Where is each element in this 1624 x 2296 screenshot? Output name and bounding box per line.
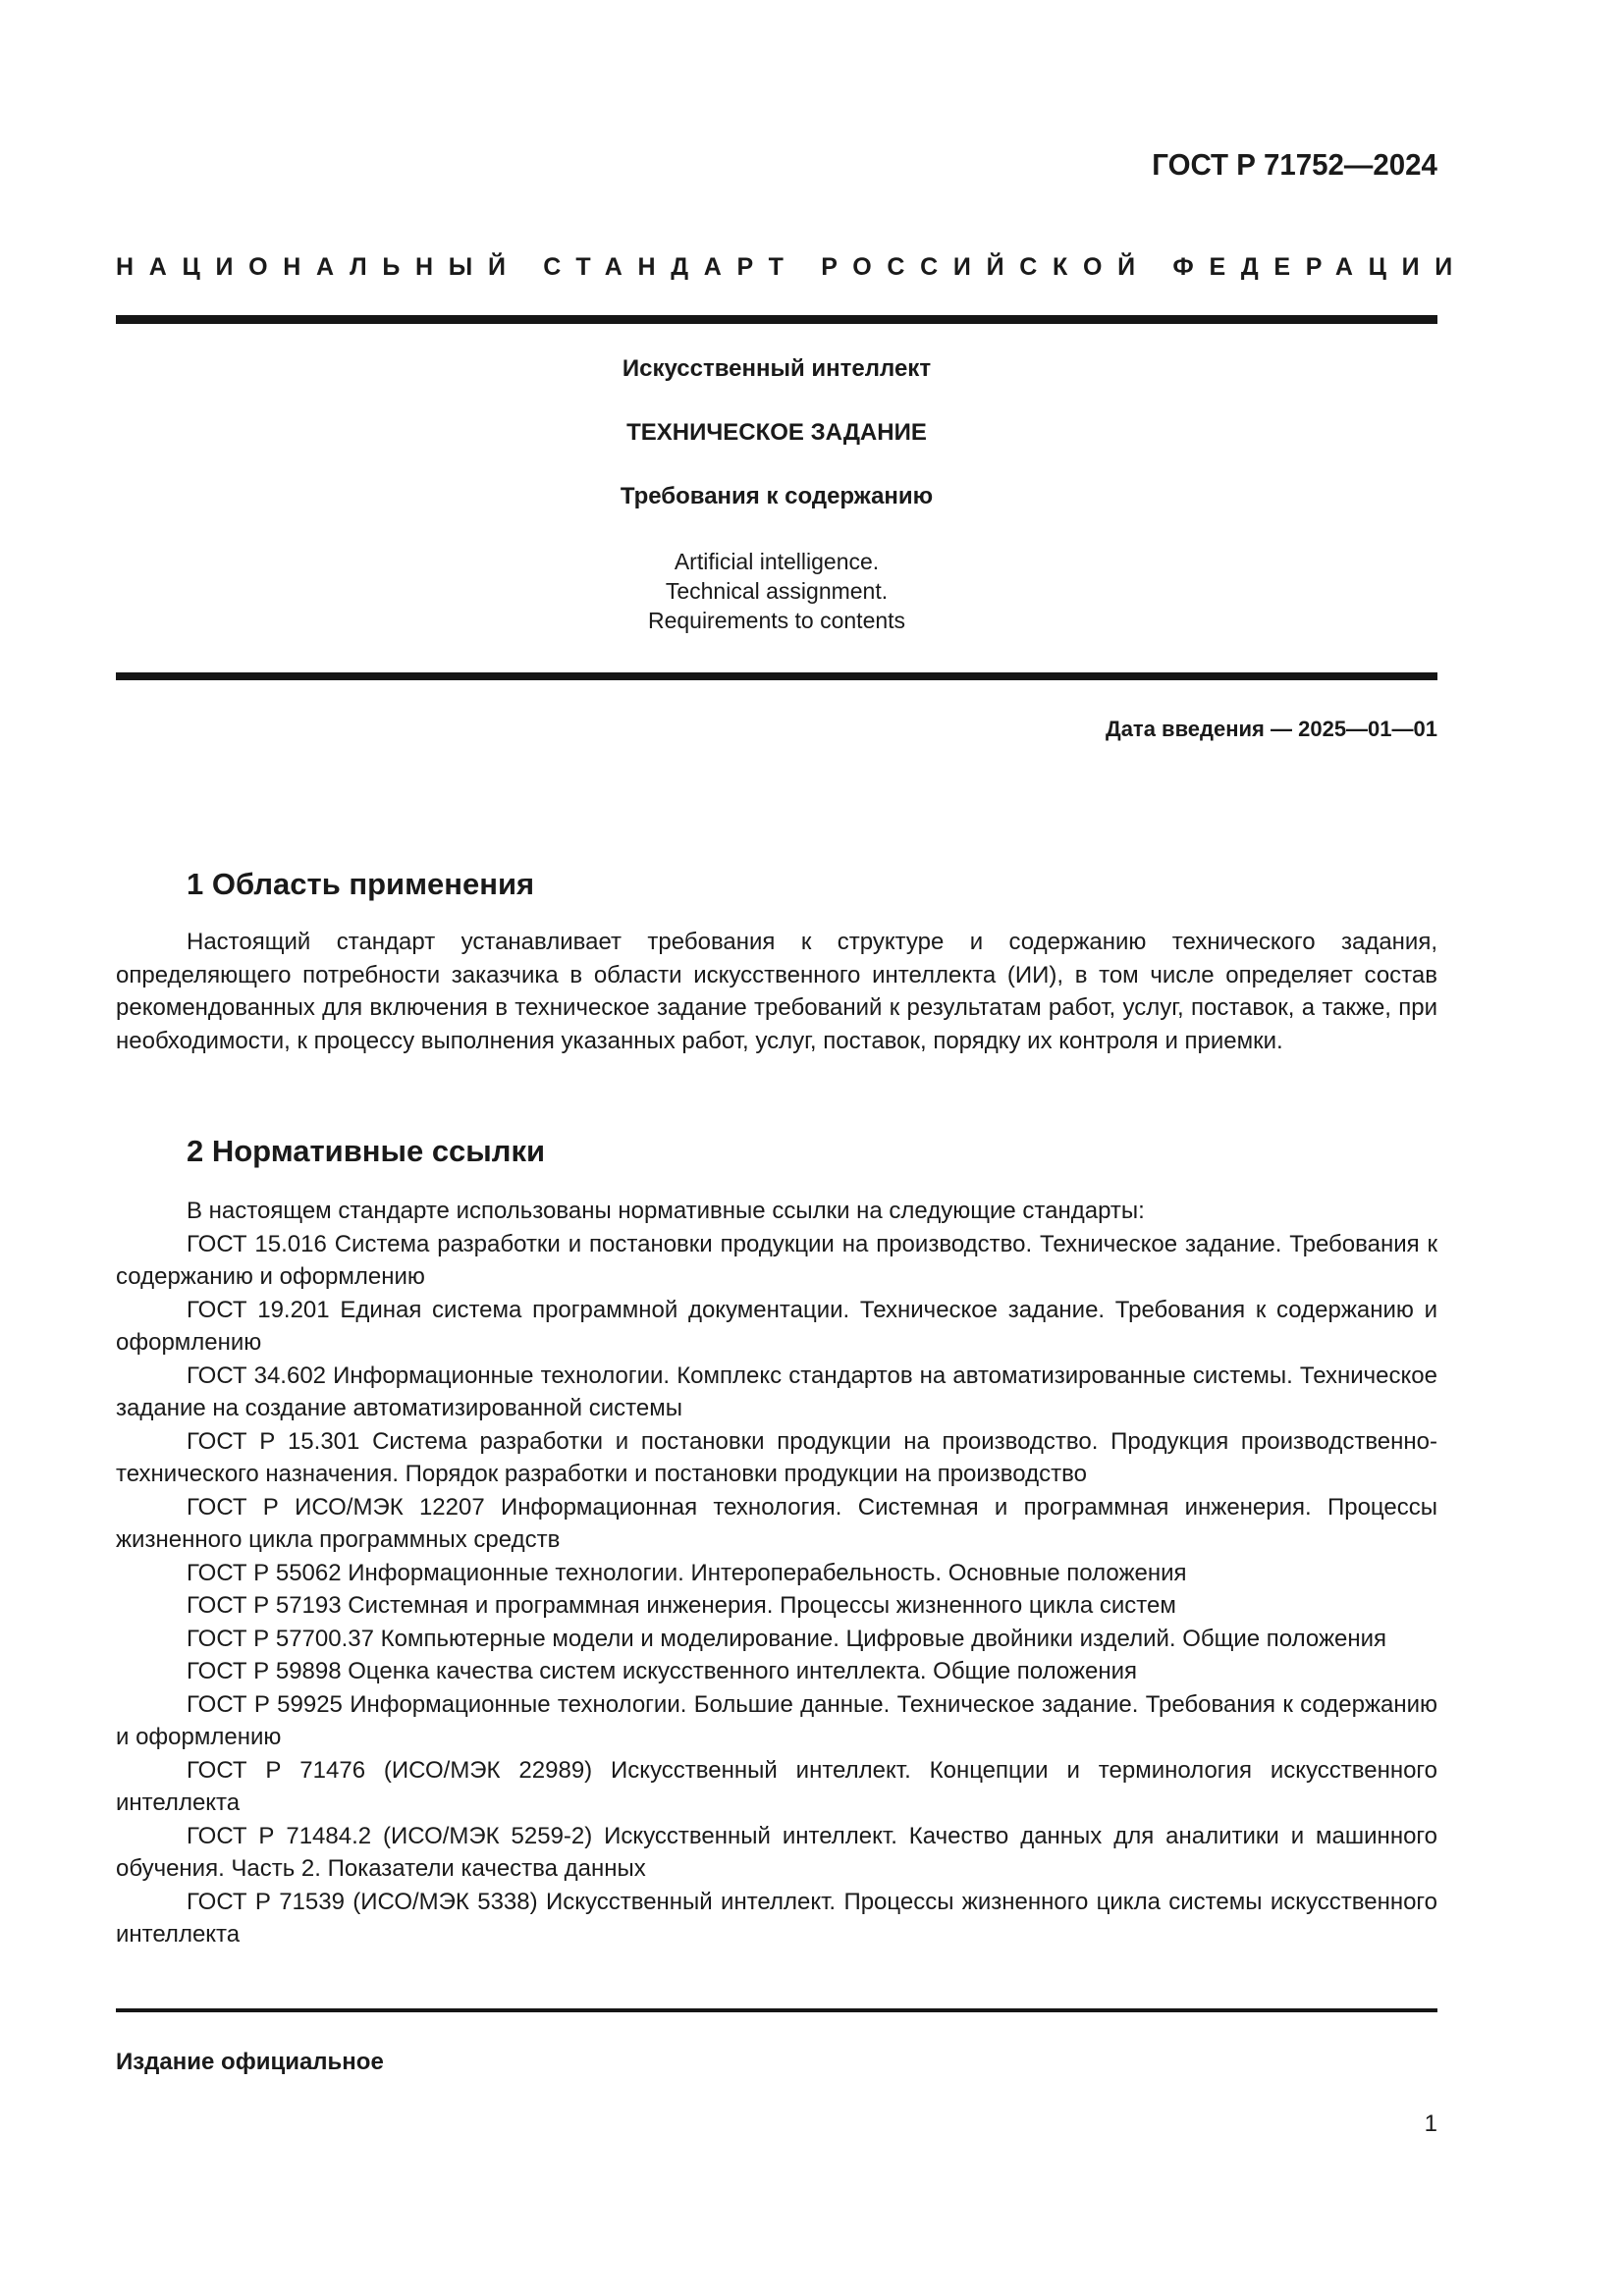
reference-item: ГОСТ Р 15.301 Система разработки и поста…	[116, 1425, 1437, 1491]
reference-item: ГОСТ Р 59925 Информационные технологии. …	[116, 1688, 1437, 1754]
reference-item: ГОСТ 19.201 Единая система программной д…	[116, 1294, 1437, 1360]
introduction-date: Дата введения — 2025—01—01	[1106, 717, 1437, 742]
reference-item: ГОСТ Р 71539 (ИСО/МЭК 5338) Искусственны…	[116, 1886, 1437, 1951]
paragraph: В настоящем стандарте использованы норма…	[116, 1195, 1437, 1228]
footer-divider	[116, 2008, 1437, 2012]
reference-item: ГОСТ Р 57193 Системная и программная инж…	[116, 1589, 1437, 1623]
title-requirements: Требования к содержанию	[116, 483, 1437, 510]
title-main: Искусственный интеллект	[116, 355, 1437, 383]
page-number: 1	[1425, 2110, 1437, 2138]
title-divider	[116, 672, 1437, 680]
normative-references-list: В настоящем стандарте использованы норма…	[116, 1195, 1437, 1951]
title-english: Artificial intelligence. Technical assig…	[116, 547, 1437, 635]
official-edition-label: Издание официальное	[116, 2049, 384, 2076]
section-heading-scope: 1 Область применения	[187, 867, 534, 902]
reference-item: ГОСТ Р 57700.37 Компьютерные модели и мо…	[116, 1623, 1437, 1656]
title-english-line: Requirements to contents	[116, 606, 1437, 635]
standard-type-banner: НАЦИОНАЛЬНЫЙ СТАНДАРТ РОССИЙСКОЙ ФЕДЕРАЦ…	[116, 253, 1437, 282]
title-english-line: Artificial intelligence.	[116, 547, 1437, 576]
document-number: ГОСТ Р 71752—2024	[1152, 147, 1437, 183]
reference-item: ГОСТ Р 71476 (ИСО/МЭК 22989) Искусственн…	[116, 1754, 1437, 1820]
title-sub: ТЕХНИЧЕСКОЕ ЗАДАНИЕ	[116, 419, 1437, 447]
reference-item: ГОСТ 15.016 Система разработки и постано…	[116, 1228, 1437, 1294]
paragraph: Настоящий стандарт устанавливает требова…	[116, 926, 1437, 1057]
reference-item: ГОСТ Р ИСО/МЭК 12207 Информационная техн…	[116, 1491, 1437, 1557]
title-english-line: Technical assignment.	[116, 576, 1437, 606]
reference-item: ГОСТ Р 59898 Оценка качества систем иску…	[116, 1655, 1437, 1688]
reference-item: ГОСТ 34.602 Информационные технологии. К…	[116, 1360, 1437, 1425]
top-divider	[116, 315, 1437, 324]
section-scope-body: Настоящий стандарт устанавливает требова…	[116, 926, 1437, 1057]
reference-item: ГОСТ Р 55062 Информационные технологии. …	[116, 1557, 1437, 1590]
reference-item: ГОСТ Р 71484.2 (ИСО/МЭК 5259-2) Искусств…	[116, 1820, 1437, 1886]
section-heading-normative-references: 2 Нормативные ссылки	[187, 1134, 545, 1169]
